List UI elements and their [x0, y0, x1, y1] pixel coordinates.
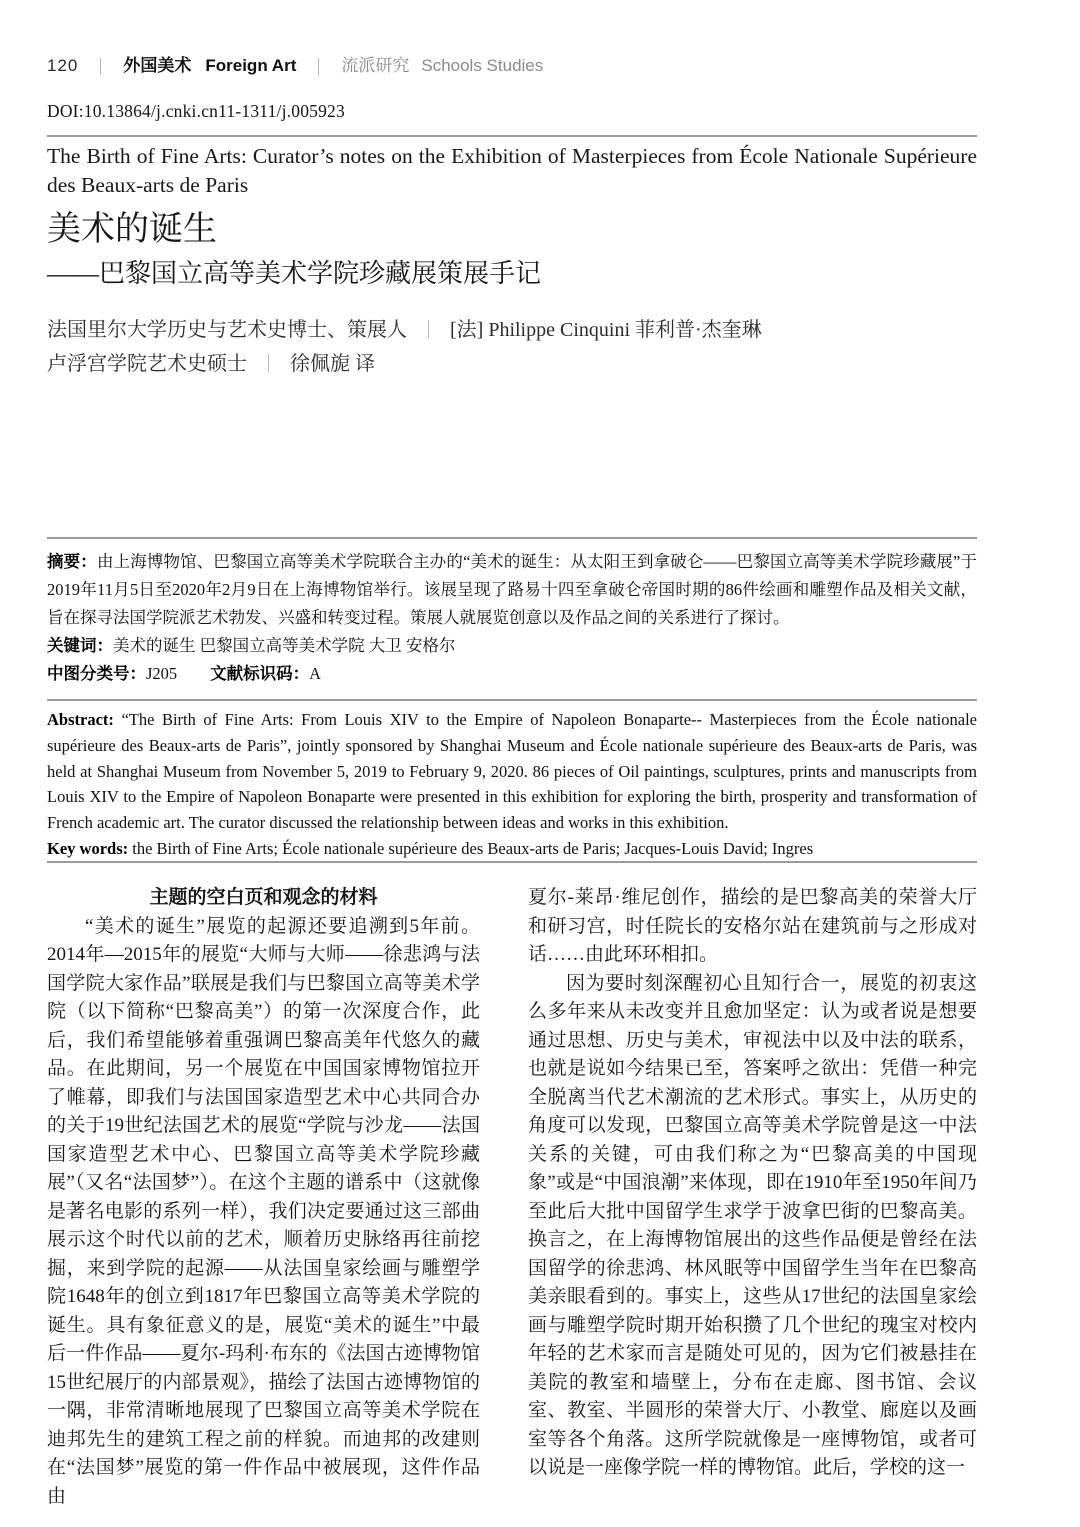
doi: DOI:10.13864/j.cnki.cn11-1311/j.005923	[47, 101, 345, 122]
running-header: 120 外国美术Foreign Art 流派研究Schools Studies	[47, 56, 977, 76]
clc-label: 中图分类号：	[47, 664, 146, 683]
journal-section-cn: 外国美术	[123, 56, 191, 75]
journal-section: 外国美术Foreign Art	[123, 56, 296, 76]
rule-between-abstracts	[47, 699, 977, 701]
body-paragraph: “美术的诞生”展览的起源还要追溯到5年前。2014年—2015年的展览“大师与大…	[47, 913, 480, 1512]
rule-above-abstract	[47, 537, 977, 539]
journal-page: { "header": { "page_number": "120", "sec…	[0, 0, 1080, 1527]
abstract-chinese-block: 摘要：由上海博物馆、巴黎国立高等美术学院联合主办的“美术的诞生：从太阳王到拿破仑…	[47, 548, 977, 688]
keywords-en-label: Key words:	[47, 839, 128, 858]
journal-subsection-en: Schools Studies	[421, 56, 543, 75]
keywords-english: Key words: the Birth of Fine Arts; École…	[47, 836, 977, 862]
abstract-english-block: Abstract: “The Birth of Fine Arts: From …	[47, 707, 977, 862]
doc-code-label: 文献标识码：	[210, 664, 309, 683]
journal-section-en: Foreign Art	[205, 56, 296, 75]
rule-above-body	[47, 861, 977, 863]
translator-byline: 卢浮宫学院艺术史硕士 徐佩旎 译	[47, 352, 977, 376]
translator-name: 徐佩旎 译	[290, 353, 375, 375]
author-byline: 法国里尔大学历史与艺术史博士、策展人 [法] Philippe Cinquini…	[47, 318, 977, 342]
title-english: The Birth of Fine Arts: Curator’s notes …	[47, 142, 977, 200]
header-divider	[318, 58, 319, 75]
author-name: [法] Philippe Cinquini 菲利普·杰奎琳	[450, 319, 762, 341]
body-column-right: 夏尔-莱昂·维尼创作，描绘的是巴黎高美的荣誉大厅和研习宫，时任院长的安格尔站在建…	[528, 884, 977, 1483]
byline-divider	[428, 320, 429, 338]
abstract-english: Abstract: “The Birth of Fine Arts: From …	[47, 707, 977, 836]
abstract-cn-text: 由上海博物馆、巴黎国立高等美术学院联合主办的“美术的诞生：从太阳王到拿破仑——巴…	[47, 552, 977, 627]
keywords-cn-text: 美术的诞生 巴黎国立高等美术学院 大卫 安格尔	[113, 636, 455, 655]
page-number: 120	[47, 56, 78, 76]
translator-affiliation: 卢浮宫学院艺术史硕士	[47, 353, 247, 375]
body-paragraph-continuation: 夏尔-莱昂·维尼创作，描绘的是巴黎高美的荣誉大厅和研习宫，时任院长的安格尔站在建…	[528, 884, 977, 970]
doc-code-value: A	[309, 664, 321, 683]
clc-value: J205	[146, 664, 177, 683]
header-divider	[100, 58, 101, 75]
journal-subsection: 流派研究Schools Studies	[341, 56, 543, 76]
author-affiliation: 法国里尔大学历史与艺术史博士、策展人	[47, 319, 407, 341]
classification-line: 中图分类号：J205文献标识码：A	[47, 660, 977, 688]
abstract-en-text: “The Birth of Fine Arts: From Louis XIV …	[47, 710, 977, 832]
rule-top	[47, 135, 977, 137]
abstract-en-label: Abstract:	[47, 710, 114, 729]
title-chinese: 美术的诞生	[47, 208, 977, 252]
body-paragraph: 因为要时刻深醒初心且知行合一，展览的初衷这么多年来从未改变并且愈加坚定：认为或者…	[528, 970, 977, 1483]
keywords-en-text: the Birth of Fine Arts; École nationale …	[128, 839, 813, 858]
journal-subsection-cn: 流派研究	[341, 56, 409, 75]
abstract-chinese: 摘要：由上海博物馆、巴黎国立高等美术学院联合主办的“美术的诞生：从太阳王到拿破仑…	[47, 548, 977, 632]
section-heading: 主题的空白页和观念的材料	[47, 884, 480, 913]
keywords-chinese: 关键词：美术的诞生 巴黎国立高等美术学院 大卫 安格尔	[47, 632, 977, 660]
subtitle-chinese: ——巴黎国立高等美术学院珍藏展策展手记	[47, 256, 977, 292]
abstract-cn-label: 摘要：	[47, 552, 97, 571]
keywords-cn-label: 关键词：	[47, 636, 113, 655]
byline-divider	[268, 354, 269, 372]
body-column-left: 主题的空白页和观念的材料 “美术的诞生”展览的起源还要追溯到5年前。2014年—…	[47, 884, 480, 1511]
